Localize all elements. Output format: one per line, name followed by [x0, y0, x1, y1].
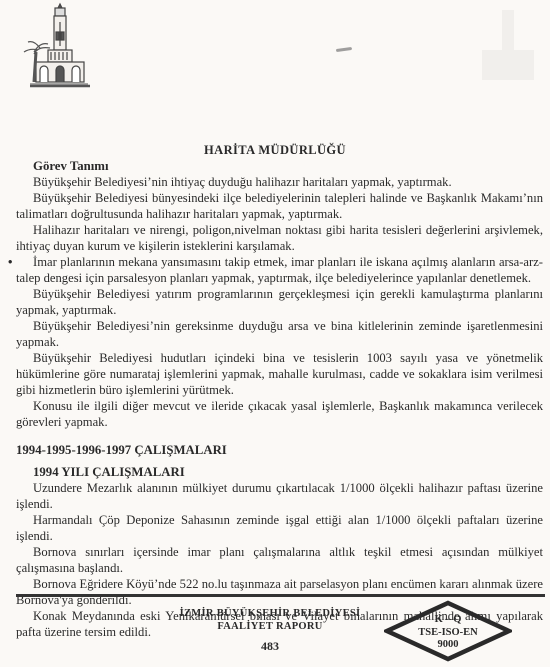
footer-organization: İZMİR BÜYÜKŞEHİR BELEDİYESİ FAALİYET RAP… — [150, 607, 390, 633]
duty-paragraph: Halihazır haritaları ve nirengi, poligon… — [16, 222, 543, 254]
scan-speck — [336, 47, 352, 52]
duty-paragraph: Büyükşehir Belediyesi yatırım programlar… — [16, 286, 543, 318]
footer-org-line2: FAALİYET RAPORU — [150, 620, 390, 633]
footer-org-line1: İZMİR BÜYÜKŞEHİR BELEDİYESİ — [150, 607, 390, 620]
works-section-heading: 1994-1995-1996-1997 ÇALIŞMALARI — [16, 442, 543, 458]
work-paragraph: Bornova sınırları içersinde imar planı ç… — [16, 544, 543, 576]
cert-line1: K – Q — [384, 614, 512, 627]
duty-paragraph: Büyükşehir Belediyesi hudutları içindeki… — [16, 350, 543, 398]
duty-paragraph: Büyükşehir Belediyesi bünyesindeki ilçe … — [16, 190, 543, 222]
work-paragraph: Harmandalı Çöp Deponize Sahasının zemind… — [16, 512, 543, 544]
izmir-clock-tower-icon — [20, 2, 100, 90]
duties-heading: Görev Tanımı — [16, 158, 543, 174]
certification-badge: K – Q TSE-ISO-EN 9000 — [384, 614, 512, 652]
page-title: HARİTA MÜDÜRLÜĞÜ — [0, 143, 550, 158]
footer-rule — [16, 594, 545, 597]
document-body: Görev Tanımı Büyükşehir Belediyesi’nin i… — [16, 158, 543, 640]
cert-line3: 9000 — [384, 639, 512, 652]
year-1994-heading: 1994 YILI ÇALIŞMALARI — [16, 464, 543, 480]
cert-line2: TSE-ISO-EN — [384, 627, 512, 640]
duty-item-marked: • İmar planlarının mekana yansımasını ta… — [16, 254, 543, 286]
duty-paragraph: İmar planlarının mekana yansımasını taki… — [16, 254, 543, 286]
faint-show-through-tower-icon — [468, 2, 548, 82]
work-paragraph: Uzundere Mezarlık alanının mülkiyet duru… — [16, 480, 543, 512]
duty-paragraph: Büyükşehir Belediyesi’nin ihtiyaç duyduğ… — [16, 174, 543, 190]
page-number: 483 — [250, 639, 290, 654]
duty-paragraph: Konusu ile ilgili diğer mevcut ve ilerid… — [16, 398, 543, 430]
duty-paragraph: Büyükşehir Belediyesi’nin gereksinme duy… — [16, 318, 543, 350]
margin-mark: • — [8, 254, 12, 270]
